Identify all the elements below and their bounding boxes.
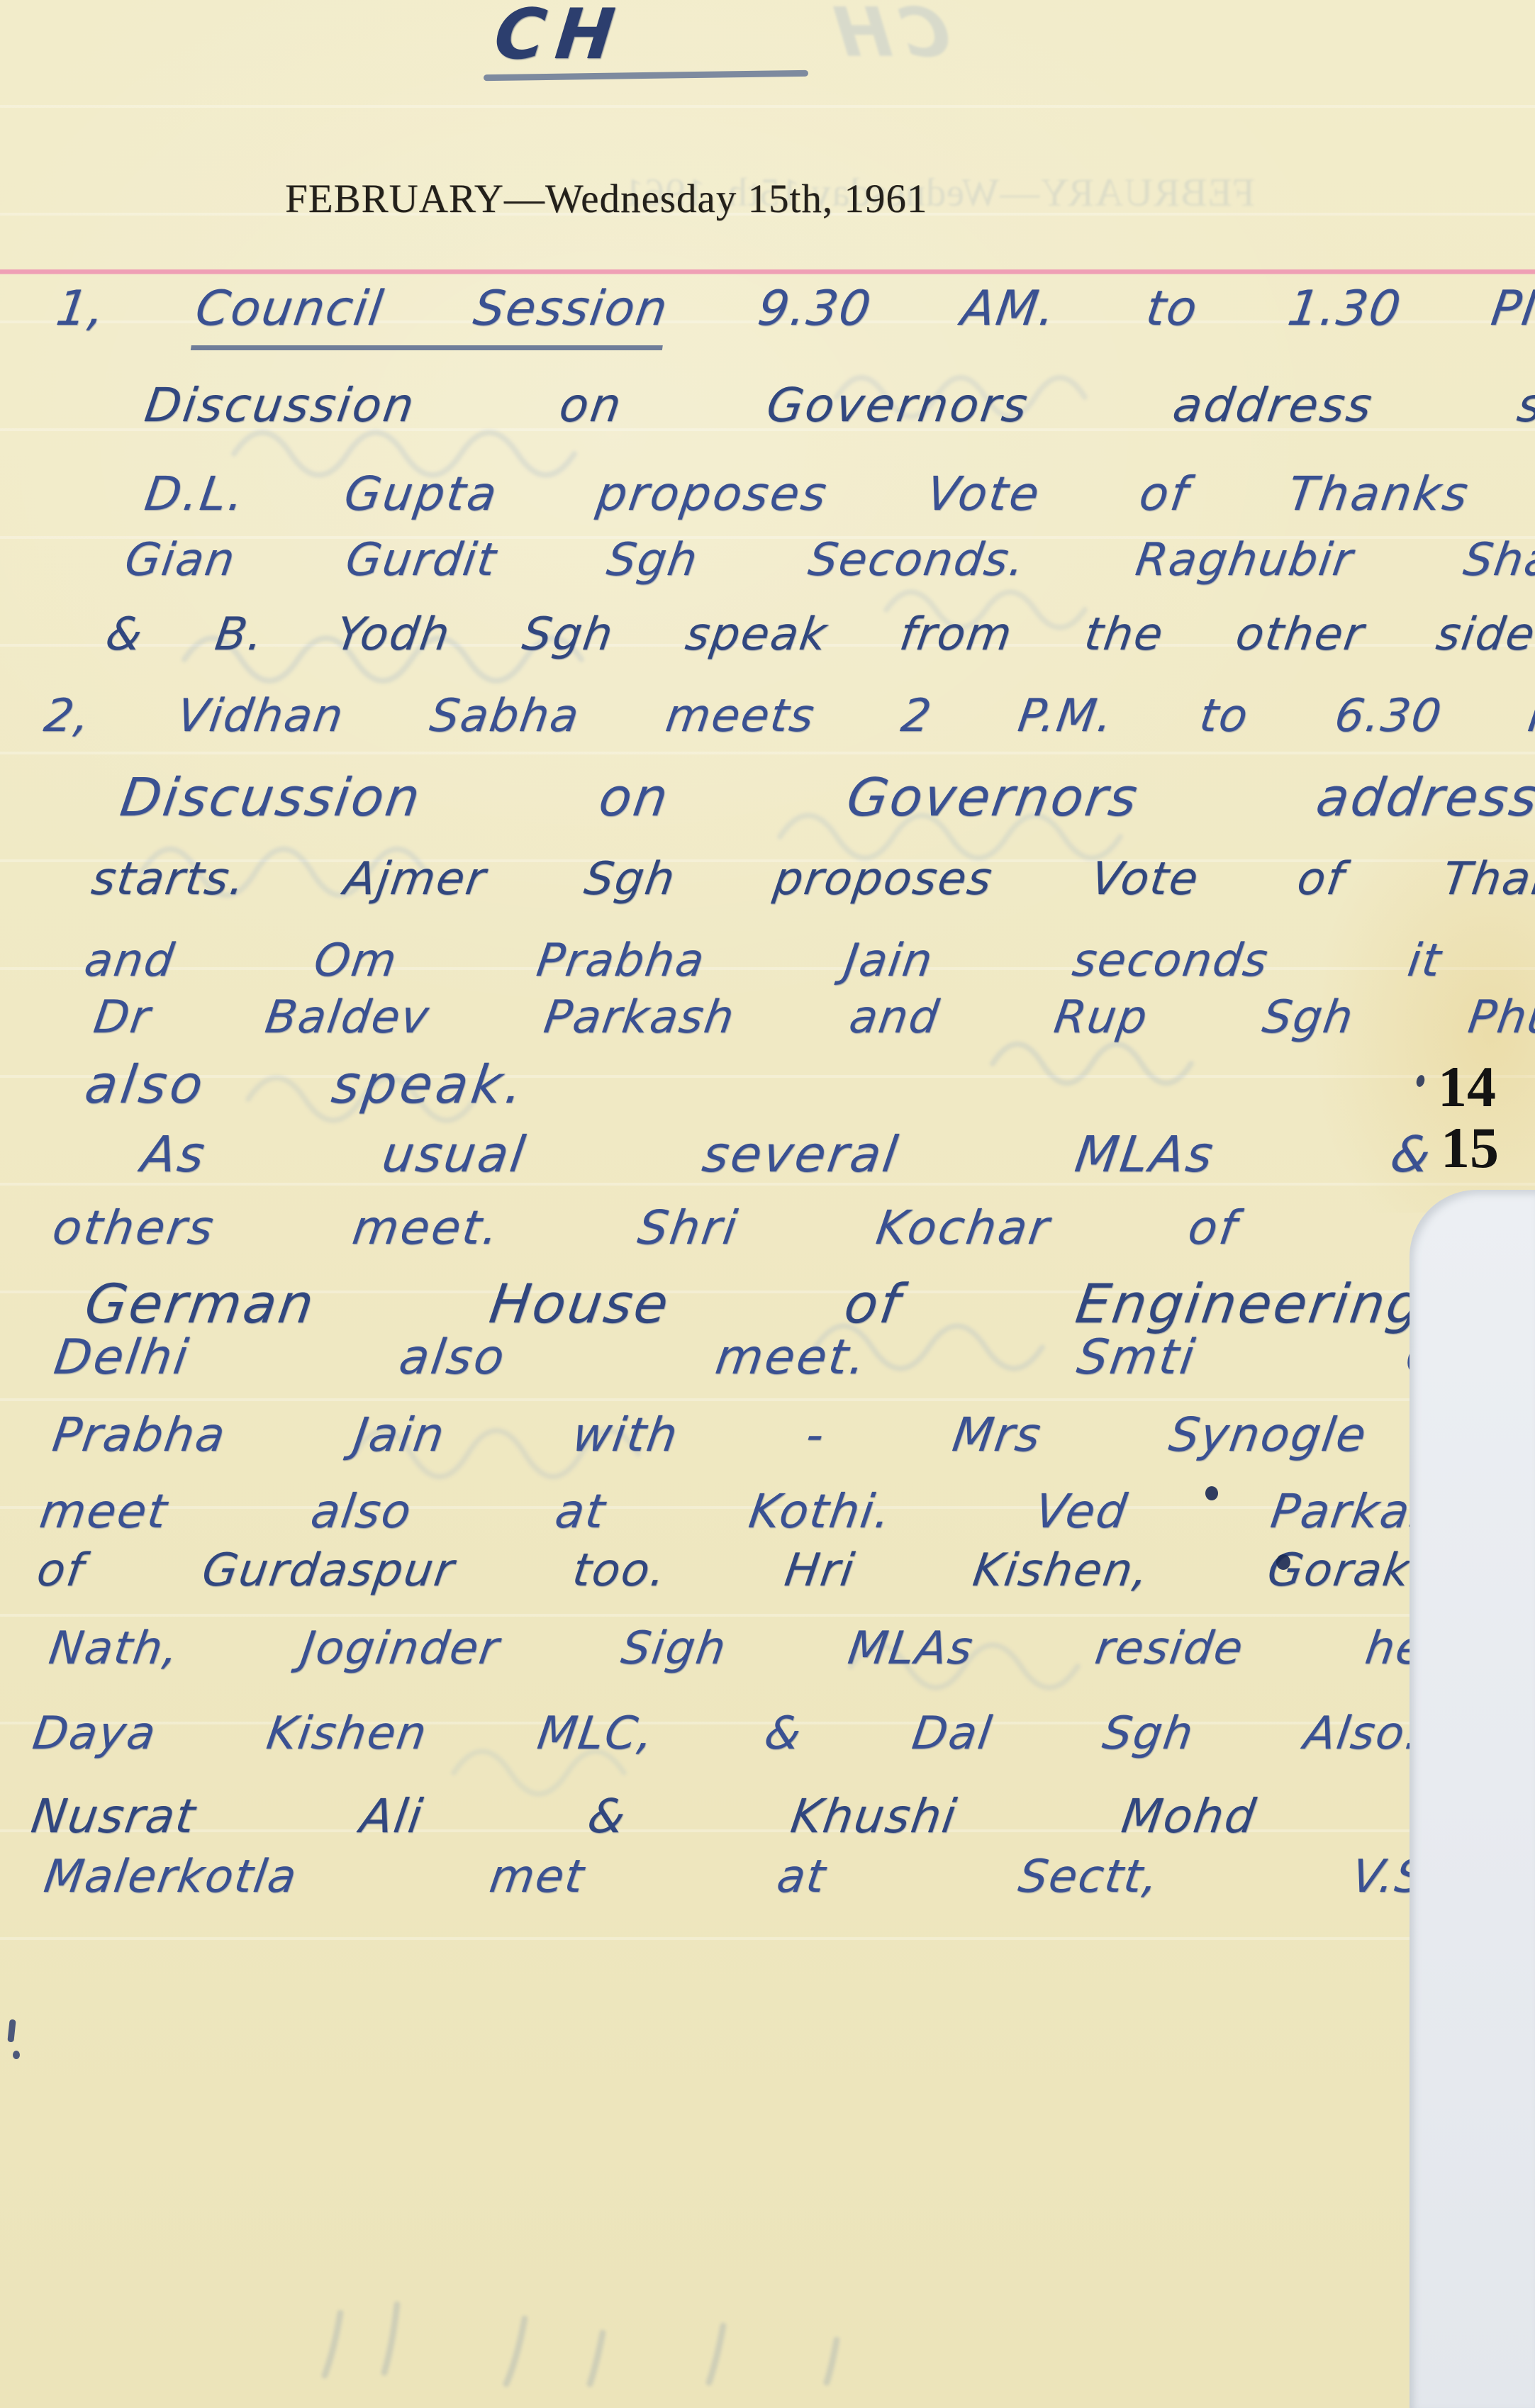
- ink-blot: [1205, 1486, 1218, 1500]
- next-page-edge: [1410, 1190, 1535, 2408]
- date-separator-rule: [0, 269, 1535, 274]
- line-text: 9.30 AM. to 1.30 PM: [754, 281, 1535, 337]
- diary-line: 2, Vidhan Sabha meets 2 P.M. to 6.30 P.M: [41, 693, 1535, 740]
- diary-line: Nath, Joginder Sigh MLAs reside here.: [46, 1625, 1494, 1673]
- tab-number-15: 15: [1441, 1119, 1499, 1177]
- diary-line: Delhi also meet. Smti Om: [51, 1332, 1499, 1383]
- diary-line: starts. Ajmer Sgh proposes Vote of Thank…: [89, 856, 1535, 903]
- diary-line: Nusrat Ali & Khushi Mohd of: [28, 1792, 1473, 1841]
- heading-ghost-bleed: CH: [822, 0, 954, 72]
- diary-line: As usual several MLAs &: [138, 1129, 1436, 1181]
- diary-line: and Om Prabha Jain seconds it .: [82, 937, 1535, 985]
- tab-number-14: 14: [1438, 1058, 1496, 1116]
- ink-blot: [1276, 1554, 1290, 1570]
- diary-line: of Gurdaspur too. Hri Kishen, Goraka: [34, 1547, 1443, 1595]
- diary-page: CH CH FEBRUARY—Wednesday 15th, 1961 FEBR…: [0, 0, 1535, 2408]
- diary-line: Dr Baldev Parkash and Rup Sgh Phul: [91, 994, 1535, 1042]
- handwritten-heading: CH: [491, 0, 628, 75]
- diary-line: Malerkotla met at Sectt, V.S.: [41, 1854, 1445, 1901]
- diary-line: Discussion on Governors address: [117, 771, 1535, 826]
- diary-line: Discussion on Governors address starts: [142, 381, 1535, 430]
- underlined-phrase: Council Session: [190, 281, 671, 350]
- diary-line: Gian Gurdit Sgh Seconds. Raghubir Sharan: [122, 537, 1535, 584]
- diary-line: 1, Council Session 9.30 AM. to 1.30 PM: [53, 284, 1535, 334]
- stray-ink-mark: [13, 2051, 20, 2059]
- diary-line: Daya Kishen MLC, & Dal Sgh Also.: [30, 1710, 1424, 1758]
- printed-date-header: FEBRUARY—Wednesday 15th, 1961: [285, 176, 1072, 222]
- diary-line: & B. Yodh Sgh speak from the other side: [103, 611, 1535, 659]
- diary-line: others meet. Shri Kochar of: [50, 1203, 1241, 1252]
- diary-line: D.L. Gupta proposes Vote of Thanks and: [142, 469, 1535, 518]
- diary-line: German House of Engineering: [82, 1276, 1427, 1332]
- entry-number: 1,: [52, 281, 109, 337]
- diary-line: meet also at Kothi. Ved Parkash: [37, 1487, 1470, 1536]
- diary-line: Prabha Jain with - Mrs Synogle: [50, 1410, 1371, 1459]
- diary-line: also speak.: [82, 1058, 530, 1113]
